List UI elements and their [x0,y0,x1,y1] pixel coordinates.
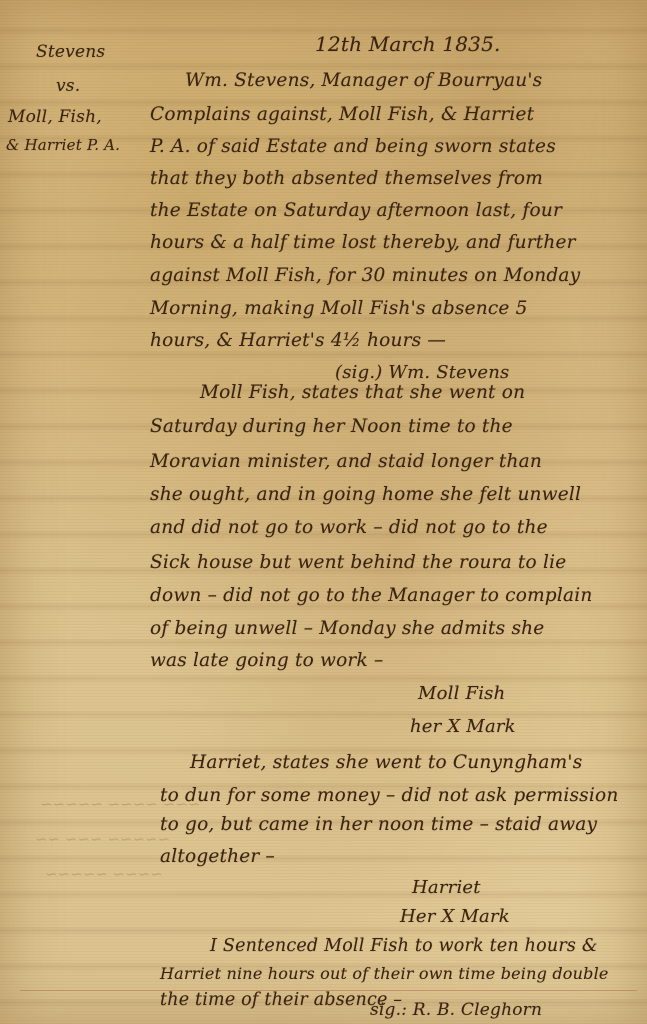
moll-fish-statement-line: Moravian minister, and staid longer than [150,451,542,472]
moll-fish-statement-line: down – did not go to the Manager to comp… [150,585,592,606]
moll-fish-statement-line: and did not go to work – did not go to t… [150,517,548,538]
harriet-signature-name: Harriet [412,877,481,898]
moll-fish-signature-mark: her X Mark [410,716,516,737]
harriet-statement-line: Harriet, states she went to Cunyngham's [190,752,582,773]
sentence-line: Harriet nine hours out of their own time… [160,964,609,983]
sentence-line: I Sentenced Moll Fish to work ten hours … [210,936,598,956]
complaint-line: hours & a half time lost thereby, and fu… [150,232,576,253]
margin-case-defendants-2: & Harriet P. A. [6,136,120,154]
bleed-through-text: ~~~~ ~~~~~ [45,865,163,883]
margin-case-plaintiff: Stevens [36,42,105,62]
harriet-statement-line: to dun for some money – did not ask perm… [160,785,618,806]
complaint-line: Morning, making Moll Fish's absence 5 [150,298,528,319]
moll-fish-statement-line: of being unwell – Monday she admits she [150,618,544,639]
complaint-line: Wm. Stevens, Manager of Bourryau's [185,70,542,91]
complaint-line: hours, & Harriet's 4½ hours — [150,330,446,351]
moll-fish-statement-line: Sick house but went behind the roura to … [150,552,566,573]
complaint-line: Complains against, Moll Fish, & Harriet [150,104,534,125]
record-date: 12th March 1835. [315,32,501,56]
moll-fish-statement-line: Saturday during her Noon time to the [150,416,513,437]
moll-fish-statement-line: was late going to work – [150,650,383,671]
complaint-line: the Estate on Saturday afternoon last, f… [150,200,562,221]
complaint-signature: (sig.) Wm. Stevens [335,362,510,383]
margin-case-defendants: Moll, Fish, [8,107,102,127]
margin-case-versus: vs. [56,76,80,96]
complaint-line: P. A. of said Estate and being sworn sta… [150,136,556,157]
moll-fish-statement-line: Moll Fish, states that she went on [200,382,525,403]
harriet-statement-line: to go, but came in her noon time – staid… [160,814,597,835]
moll-fish-signature-name: Moll Fish [418,683,505,704]
sentence-line: the time of their absence – [160,990,402,1010]
bleed-through-text: ~~~~~ ~~~ ~~ [35,830,170,848]
manuscript-page: ~~~ ~~~~ ~~~~~ ~~~~~ ~~~ ~~ ~~~~ ~~~~~ S… [0,0,647,1024]
complaint-line: that they both absented themselves from [150,168,543,189]
moll-fish-statement-line: she ought, and in going home she felt un… [150,484,581,505]
sentence-signature: sig.: R. B. Cleghorn [370,1000,542,1020]
complaint-line: against Moll Fish, for 30 minutes on Mon… [150,265,580,286]
harriet-statement-line: altogether – [160,846,275,867]
harriet-signature-mark: Her X Mark [400,906,510,927]
